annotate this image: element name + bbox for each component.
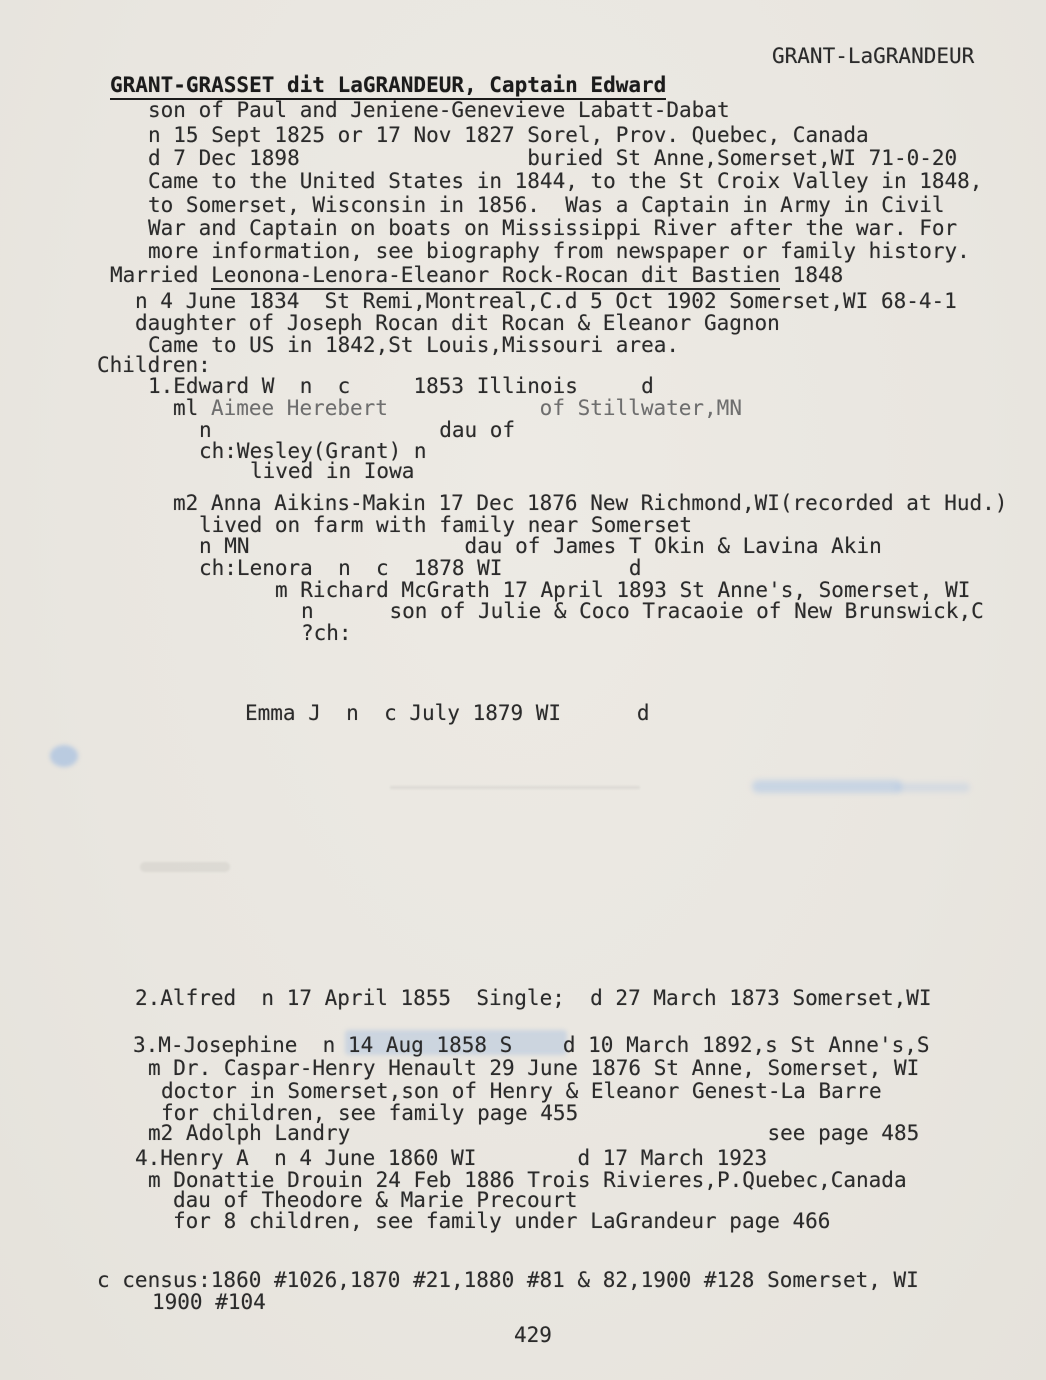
ink-smudge bbox=[50, 745, 78, 767]
family-title: GRANT-GRASSET dit LaGRANDEUR, Captain Ed… bbox=[110, 72, 666, 98]
child-2: 2.Alfred n 17 April 1855 Single; d 27 Ma… bbox=[135, 985, 932, 1011]
mcgrath-children: ?ch: bbox=[301, 620, 352, 646]
child-1-m1-note: lived in Iowa bbox=[250, 458, 414, 484]
parents-line: son of Paul and Jeniene-Genevieve Labatt… bbox=[148, 97, 730, 123]
ink-smudge bbox=[390, 786, 640, 789]
ink-smudge bbox=[895, 783, 970, 792]
marriage-line: Married Leonona-Lenora-Eleanor Rock-Roca… bbox=[110, 262, 843, 288]
child-3-m2: m2 Adolph Landry see page 485 bbox=[148, 1120, 919, 1146]
grandchild-emma: Emma J n c July 1879 WI d bbox=[245, 700, 650, 726]
bio-line-4: more information, see biography from new… bbox=[148, 238, 970, 264]
mcgrath-parents: n son of Julie & Coco Tracaoie of New Br… bbox=[301, 598, 984, 624]
page-header: GRANT-LaGRANDEUR bbox=[772, 43, 974, 69]
bio-line-1: Came to the United States in 1844, to th… bbox=[148, 168, 982, 194]
child-4-m-note: for 8 children, see family under LaGrand… bbox=[173, 1208, 830, 1234]
page-number: 429 bbox=[514, 1322, 552, 1348]
document-page: GRANT-LaGRANDEURGRANT-GRASSET dit LaGRAN… bbox=[0, 0, 1046, 1380]
census-line-2: 1900 #104 bbox=[152, 1289, 266, 1315]
ink-smudge bbox=[140, 862, 230, 872]
wife-bio: Came to US in 1842,St Louis,Missouri are… bbox=[148, 332, 679, 358]
ink-smudge bbox=[752, 780, 902, 793]
